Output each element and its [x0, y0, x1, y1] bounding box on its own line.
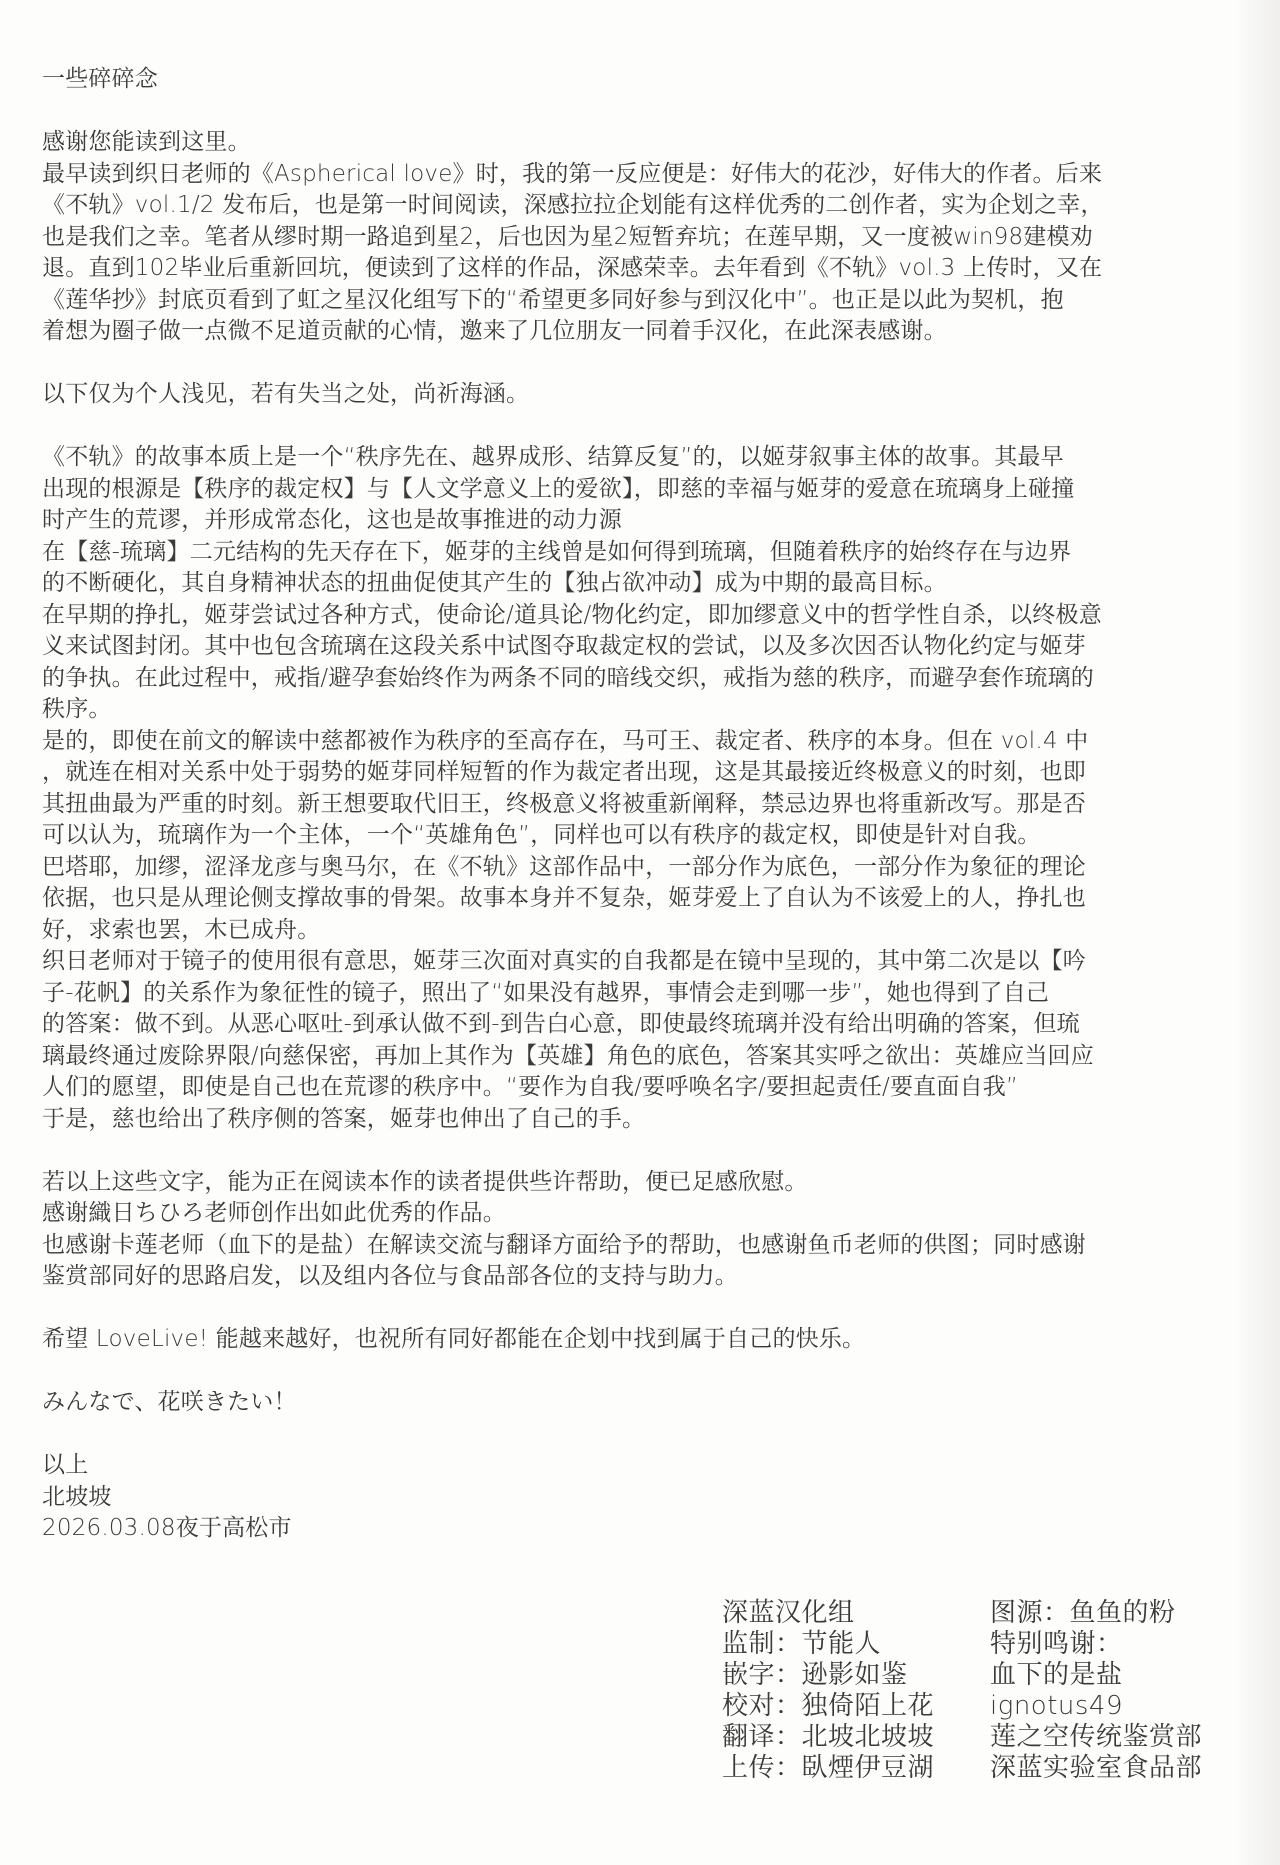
paragraph-acknowledgements: 若以上这些文字，能为正在阅读本作的读者提供些许帮助，便已足感欣慰。感谢織日ちひろ…: [42, 1167, 1102, 1293]
text-line: 是的，即使在前文的解读中慈都被作为秩序的至高存在，马可王、裁定者、秩序的本身。但…: [42, 726, 1102, 758]
text-line: 时产生的荒谬，并形成常态化，这也是故事推进的动力源: [42, 505, 1102, 537]
text-line: 也感谢卡莲老师（血下的是盐）在解读交流与翻译方面给予的帮助，也感谢鱼币老师的供图…: [42, 1230, 1102, 1262]
text-line: 希望 LoveLive! 能越来越好，也祝所有同好都能在企划中找到属于自己的快乐…: [42, 1324, 1102, 1356]
text-line: 以上: [42, 1450, 1102, 1482]
text-line: 于是，慈也给出了秩序侧的答案，姬芽也伸出了自己的手。: [42, 1104, 1102, 1136]
paragraph-japanese-message: みんなで、花咲きたい！: [42, 1387, 1102, 1419]
text-line: 鉴赏部同好的思路启发，以及组内各位与食品部各位的支持与助力。: [42, 1261, 1102, 1293]
text-line: 好，求索也罢，木已成舟。: [42, 915, 1102, 947]
text-line: 的争执。在此过程中，戒指/避孕套始终作为两条不同的暗线交织，戒指为慈的秩序，而避…: [42, 663, 1102, 695]
text-line: 《莲华抄》封底页看到了虹之星汉化组写下的“希望更多同好参与到汉化中”。也正是以此…: [42, 285, 1102, 317]
text-line: 可以认为，琉璃作为一个主体，一个“英雄角色”，同样也可以有秩序的裁定权，即使是针…: [42, 820, 1102, 852]
text-line: 若以上这些文字，能为正在阅读本作的读者提供些许帮助，便已足感欣慰。: [42, 1167, 1102, 1199]
text-line: 人们的愿望，即使是自己也在荒谬的秩序中。“要作为自我/要呼唤名字/要担起责任/要…: [42, 1072, 1102, 1104]
text-line: 最早读到织日老师的《Aspherical love》时，我的第一反应便是：好伟大…: [42, 159, 1102, 191]
paragraph-disclaimer: 以下仅为个人浅见，若有失当之处，尚祈海涵。: [42, 379, 1102, 411]
text-line: 2026.03.08夜于高松市: [42, 1513, 1102, 1545]
credits-staff-column: 深蓝汉化组监制：节能人嵌字：逊影如鉴校对：独倚陌上花翻译：北坡北坡坡上传：臥煙伊…: [722, 1598, 934, 1784]
text-line: 深蓝实验室食品部: [990, 1753, 1202, 1784]
text-line: 以下仅为个人浅见，若有失当之处，尚祈海涵。: [42, 379, 1102, 411]
text-line: 璃最终通过废除界限/向慈保密，再加上其作为【英雄】角色的底色，答案其实呼之欲出：…: [42, 1041, 1102, 1073]
text-line: 着想为圈子做一点微不足道贡献的心情，邀来了几位朋友一同着手汉化，在此深表感谢。: [42, 316, 1102, 348]
text-line: 秩序。: [42, 694, 1102, 726]
text-line: 监制：节能人: [722, 1629, 934, 1660]
text-line: 深蓝汉化组: [722, 1598, 934, 1629]
text-line: 巴塔耶，加缪，涩泽龙彦与奥马尔，在《不轨》这部作品中，一部分作为底色，一部分作为…: [42, 852, 1102, 884]
text-line: 翻译：北坡北坡坡: [722, 1722, 934, 1753]
text-line: 义来试图封闭。其中也包含琉璃在这段关系中试图夺取裁定权的尝试，以及多次因否认物化…: [42, 631, 1102, 663]
text-line: 图源：鱼鱼的粉: [990, 1598, 1202, 1629]
signature-block: 以上北坡坡2026.03.08夜于高松市: [42, 1450, 1102, 1545]
text-line: 的不断硬化，其自身精神状态的扭曲促使其产生的【独占欲冲动】成为中期的最高目标。: [42, 568, 1102, 600]
text-line: ，就连在相对关系中处于弱势的姬芽同样短暂的作为裁定者出现，这是其最接近终极意义的…: [42, 757, 1102, 789]
text-line: 血下的是盐: [990, 1660, 1202, 1691]
text-line: 《不轨》的故事本质上是一个“秩序先在、越界成形、结算反复”的，以姬芽叙事主体的故…: [42, 442, 1102, 474]
paragraph-intro: 感谢您能读到这里。最早读到织日老师的《Aspherical love》时，我的第…: [42, 127, 1102, 348]
text-line: 其扭曲最为严重的时刻。新王想要取代旧王，终极意义将被重新阐释，禁忌边界也将重新改…: [42, 789, 1102, 821]
paragraph-analysis: 《不轨》的故事本质上是一个“秩序先在、越界成形、结算反复”的，以姬芽叙事主体的故…: [42, 442, 1102, 1135]
text-line: 依据，也只是从理论侧支撑故事的骨架。故事本身并不复杂，姬芽爱上了自认为不该爱上的…: [42, 883, 1102, 915]
text-line: 感谢您能读到这里。: [42, 127, 1102, 159]
afterword-text-column: 一些碎碎念 感谢您能读到这里。最早读到织日老师的《Aspherical love…: [42, 64, 1102, 1545]
text-line: 嵌字：逊影如鉴: [722, 1660, 934, 1691]
text-line: 退。直到102毕业后重新回坑，便读到了这样的作品，深感荣幸。去年看到《不轨》vo…: [42, 253, 1102, 285]
text-line: 校对：独倚陌上花: [722, 1691, 934, 1722]
text-line: 出现的根源是【秩序的裁定权】与【人文学意义上的爱欲】，即慈的幸福与姬芽的爱意在琉…: [42, 474, 1102, 506]
text-line: 北坡坡: [42, 1482, 1102, 1514]
text-line: 莲之空传统鉴赏部: [990, 1722, 1202, 1753]
text-line: みんなで、花咲きたい！: [42, 1387, 1102, 1419]
text-line: 也是我们之幸。笔者从缪时期一路追到星2，后也因为星2短暂弃坑；在莲早期，又一度被…: [42, 222, 1102, 254]
text-line: 《不轨》vol.1/2 发布后，也是第一时间阅读，深感拉拉企划能有这样优秀的二创…: [42, 190, 1102, 222]
credits-special-thanks-column: 图源：鱼鱼的粉特别鸣谢：血下的是盐ignotus49莲之空传统鉴赏部深蓝实验室食…: [990, 1598, 1202, 1784]
text-line: 上传：臥煙伊豆湖: [722, 1753, 934, 1784]
text-line: 在【慈-琉璃】二元结构的先天存在下，姬芽的主线曾是如何得到琉璃，但随着秩序的始终…: [42, 537, 1102, 569]
text-line: 子-花帆】的关系作为象征性的镜子，照出了“如果没有越界，事情会走到哪一步”，她也…: [42, 978, 1102, 1010]
text-line: ignotus49: [990, 1691, 1202, 1722]
page-title: 一些碎碎念: [42, 64, 1102, 96]
afterword-page: 一些碎碎念 感谢您能读到这里。最早读到织日老师的《Aspherical love…: [0, 0, 1280, 1865]
text-line: 在早期的挣扎，姬芽尝试过各种方式，使命论/道具论/物化约定，即加缪意义中的哲学性…: [42, 600, 1102, 632]
text-line: 特别鸣谢：: [990, 1629, 1202, 1660]
text-line: 织日老师对于镜子的使用很有意思，姬芽三次面对真实的自我都是在镜中呈现的，其中第二…: [42, 946, 1102, 978]
text-line: 的答案：做不到。从恶心呕吐-到承认做不到-到告白心意，即使最终琉璃并没有给出明确…: [42, 1009, 1102, 1041]
paragraph-wish: 希望 LoveLive! 能越来越好，也祝所有同好都能在企划中找到属于自己的快乐…: [42, 1324, 1102, 1356]
text-line: 感谢織日ちひろ老师创作出如此优秀的作品。: [42, 1198, 1102, 1230]
